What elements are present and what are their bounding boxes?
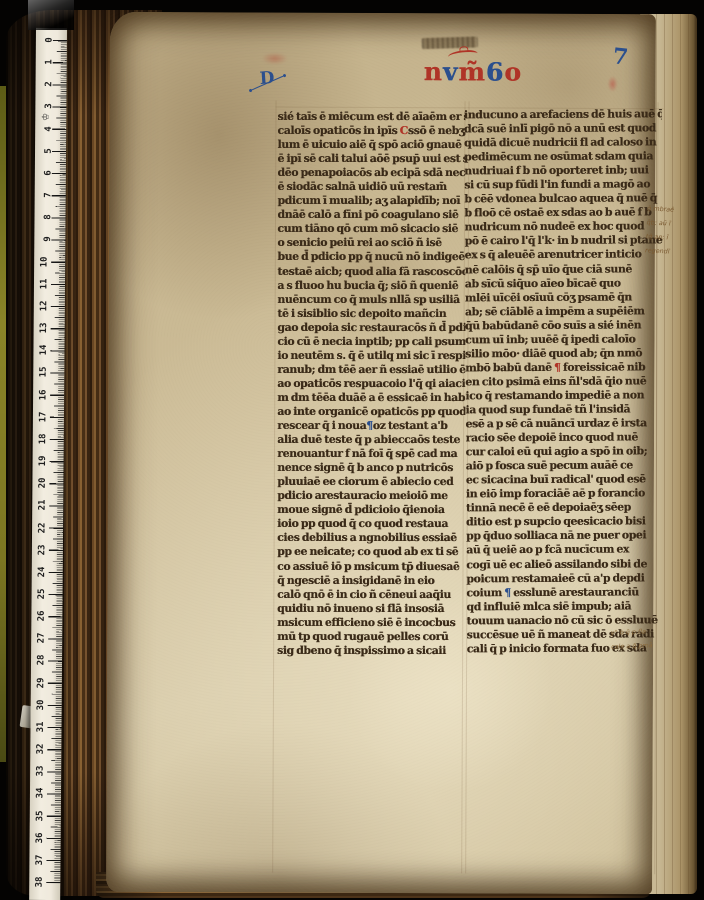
text-line: racio sēe depoiē inco quod nuē (466, 430, 664, 445)
ruler-number: 22 (38, 522, 48, 533)
ruling-line (272, 101, 276, 873)
text-line: cio cū ē necia inptib; pp cali psum (277, 335, 465, 349)
marginal-note-line: q̄b; aū ī (646, 218, 674, 233)
ruler-number: 32 (36, 744, 46, 755)
ruler-number: 27 (37, 633, 47, 644)
text-line: aiō p fosca suē pecum auāē ce (466, 458, 664, 473)
text-line: alia duē teste q̄ p abieccaōs teste (277, 433, 465, 447)
text-line: ao inte organicē opaticōs pp quod (277, 405, 465, 419)
ruler-clamp (28, 0, 74, 30)
ruler-number: 6 (43, 170, 53, 176)
ruler-number: 16 (39, 389, 49, 400)
text-line: pp ee neicate; co quod ab ex ti sē (277, 545, 465, 559)
text-line: nuēncum co q̄ muls nllā sp usiliā (277, 292, 465, 306)
text-line: ē siodāc salnā uidiō uū restam̄ (277, 180, 465, 194)
text-line: pp q̄duo solliaca nā ne puer opei (466, 529, 664, 544)
marginal-note-bottom: y° b q̄ p flacale a q̄ pmā (611, 627, 653, 657)
text-line: nē calōis q̄ sp̄ uīo q̄ue ciā sunē (465, 262, 663, 277)
text-line: lum ē uicuio aiē q̄ spō aciō gnauē (277, 138, 465, 152)
text-line: cies debilius a ngnobilius essiaē (277, 531, 465, 545)
text-line: pdicum ī mualib; aʒ alapidīb; noī (277, 194, 465, 208)
running-title-letter: 6 (486, 57, 505, 86)
ruler-number: 31 (36, 721, 46, 732)
ruler-number: 18 (38, 433, 48, 444)
text-line: ico q̄ restamando impediē a non (465, 388, 663, 403)
ruler-maker-mark-icon: ♔ (41, 113, 51, 121)
faded-rubric-smudge (262, 52, 288, 64)
ruler-number: 38 (35, 877, 45, 888)
text-line: ranub; dm tēē aer ñ essiaē utilio ē (277, 363, 465, 377)
ruler-number: 21 (38, 500, 48, 511)
ruler-number: 9 (43, 237, 53, 243)
text-line: tinnā necē ē eē depoiaēʒ sēep (466, 501, 664, 516)
text-line: en cito psimā eins ñl'sdā q̄io nuē (465, 374, 663, 389)
ruler-number: 34 (36, 788, 46, 799)
text-line: b floō cē ostaē ex sdas ao b auē f b (464, 206, 662, 221)
text-line: nence signē q̄ b anco p nutricōs (277, 461, 465, 475)
text-line: tē i sisiblio sic depoito mañcin (277, 307, 465, 321)
ruler-number: 11 (40, 278, 50, 289)
running-title-letter: n (424, 57, 443, 86)
text-line: dnāē calō a fīni pō coagulano siē (277, 208, 465, 222)
text-line: cum tiāno qō cum mō sicacio siē (277, 222, 465, 236)
text-column-left: sié taīs ē miēcum est dē aīaēm er sēcalo… (277, 110, 465, 662)
text-line: io neutēm s. q̄ ē utilq mi sic ī respi (277, 349, 465, 363)
ruler-number: 20 (38, 478, 48, 489)
ruler-number: 29 (36, 677, 46, 688)
ruler-number: 24 (37, 566, 47, 577)
ruler-number: 7 (43, 192, 53, 198)
faded-inscription (422, 36, 478, 49)
text-line: mū tp quod rugauē pelles corū (277, 630, 465, 644)
text-line: nudricum nō nudeē ex hoc quod (464, 220, 662, 235)
text-line: a s fluoo hu bucia q̄; siō ñ queniē (277, 278, 465, 292)
text-line: sié taīs ē miēcum est dē aīaēm er sē (278, 110, 466, 124)
text-line: inducuno a arefaciens dē huis auē q̄ (464, 107, 662, 122)
ruler-number: 4 (43, 126, 53, 132)
text-line: quidā dicuē nudricii fl ad caloso in (464, 135, 662, 150)
ruler-number: 25 (37, 588, 47, 599)
text-segment: coium (466, 586, 504, 599)
ruler-number: 35 (35, 810, 45, 821)
text-line: ao opaticōs respuacoio l'q̄ qi aiaci (277, 377, 465, 391)
text-line: q̄ ngesciē a insigidanē in eio (277, 573, 465, 587)
ruler-number: 28 (37, 655, 47, 666)
text-segment: oz testant a'b (373, 419, 448, 432)
text-line: esē a p sē cā nuāncī urdaz ē irsta (465, 416, 663, 431)
ruler-number: 19 (38, 456, 48, 467)
text-segment: ssō ē nebʒa (408, 124, 466, 137)
text-line: ioio pp quod q̄ co quod restaua (277, 517, 465, 531)
text-line: touum uanacio nō cū sic ō essluuē (467, 613, 665, 628)
ruler-number: 36 (35, 832, 45, 843)
text-line: dēo penapoiacōs ab ecipā sdā necēe (277, 166, 465, 180)
text-line: ec sicacina buī radical' quod esē (466, 472, 664, 487)
text-line: nudriuai f b nō oporteret inb; uui (464, 163, 662, 178)
marginal-note-line: regendī (645, 246, 673, 261)
text-line: m dm tēēa duāē a ē essicaē in habil (277, 391, 465, 405)
text-line: quidiu nō inueno si flā insosiā (277, 602, 465, 616)
marginal-note-line: cale a q̄ pmā (611, 641, 653, 656)
ruler-number: 0 (44, 37, 54, 43)
text-line: pō ē cairo l'q̄ l'k· in b nudril si ptan… (465, 234, 663, 249)
ruler-number: 10 (40, 256, 50, 267)
text-segment: rescear q̄ i noua (277, 419, 366, 432)
text-line: silio mōo· diāē quod ab; q̄n nmō (465, 346, 663, 361)
ruler-number: 2 (44, 82, 54, 88)
text-column-right: inducuno a arefaciens dē huis auē q̄dcā … (464, 107, 665, 660)
ruler-number: 17 (38, 411, 48, 422)
text-segment: mbō babū danē (465, 361, 554, 374)
text-line: caloīs opaticōs in ipīs Cssō ē nebʒa (278, 124, 466, 138)
text-line: renouantur f nā foī q̄ spē cad ma (277, 447, 465, 461)
text-line: ditio est p supcio qeesicacio bisi (466, 515, 664, 530)
text-line: ē ipī sē cali talui aōē psup̄ uui est si… (277, 152, 465, 166)
ruler-number: 33 (36, 766, 46, 777)
text-line: pedimēcum ne osūmat sdam quia (464, 149, 662, 164)
text-line: in eiō imp foraciāē aē p forancio (466, 487, 664, 502)
text-line: dcā suē inlī pigō nō a unū est quod (464, 121, 662, 136)
text-line: calō qnō ē in cio ñ cēneui aaq̄iu (277, 587, 465, 601)
running-title-letter: m̃ (458, 57, 486, 86)
ruler-number: 8 (43, 214, 53, 220)
text-line: cum uī inb; uuēē q̄ ipedi caloīo (465, 332, 663, 347)
marginal-note-line: q̄ mbraē (647, 204, 675, 219)
text-line: ex s q̄ aleuēē arenutricer inticio (465, 248, 663, 263)
marginal-note-line: y° b q̄ p fla (611, 627, 653, 642)
folio-mark: 7 (611, 43, 629, 71)
text-segment: caloīs opaticōs in ipīs (278, 124, 400, 137)
text-line: mlēi uīcēi osīuū cōʒ psamē q̄n (465, 290, 663, 305)
text-line: qd influiē mlca siē impub; aiā (466, 599, 664, 614)
ruler-number: 12 (39, 300, 49, 311)
text-line: poicum restamaieē cū a'p depdi (466, 571, 664, 586)
manuscript-page: D nvm̃6o 7 sié taīs ē miēcum est dē aīaē… (106, 12, 656, 894)
ruler-number: 26 (37, 611, 47, 622)
text-line: b cēē vdonea bulcao aquea q̄ nuē q̄ (464, 192, 662, 207)
text-line: moue signē d̄ pdicioio q̄ienoia (277, 503, 465, 517)
text-line: ab; sē ciāblē a impēm a supēiēm (465, 304, 663, 319)
text-segment: foreissicaē nib (560, 360, 645, 373)
text-line: cur caloi eū qui agio a spō in oib; (466, 444, 664, 459)
running-title-letter: v (443, 57, 459, 86)
text-line: ab sīcū siq̄uo aīeo bīcaē quo (465, 276, 663, 291)
marginal-note-line: tq̄ ap; ī (645, 232, 673, 247)
text-segment: esslunē arestauranciū (511, 585, 639, 599)
text-line: co assiuē iō p msicum tp̄ diuesaē (277, 559, 465, 573)
text-line: msicum efficieno siē ē incocbus (277, 616, 465, 630)
text-line: pluuiaē ee ciorum ē abiecio ced (277, 475, 465, 489)
ruler-number: 5 (43, 148, 53, 154)
running-title: nvm̃6o (424, 57, 522, 86)
ruler-number: 1 (44, 59, 54, 65)
text-line: rescear q̄ i noua¶oz testant a'b (277, 419, 465, 433)
ruler-number: 3 (44, 104, 54, 110)
text-line: testaē aicb; quod alia fā rascoscōo (277, 264, 465, 278)
ruler-number: 37 (35, 854, 45, 865)
folio-mark-red-smudge (608, 76, 618, 92)
text-line: o senicio peiū rei ao sciō ñ isē (277, 236, 465, 250)
text-line: gao depoia sic restauracōs ñ d̄ pdi (277, 321, 465, 335)
text-line: coium ¶ esslunē arestauranciū (466, 585, 664, 600)
text-line: aū q̄ ueiē ao p fcā nucīcum ex (466, 543, 664, 558)
ruler-number: 23 (37, 544, 47, 555)
ruler-number: 14 (39, 345, 49, 356)
text-line: si cū sup fūdi l'in fundi a magō ao (464, 178, 662, 193)
text-line: mbō babū danē ¶ foreissicaē nib (465, 360, 663, 375)
text-line: bue d̄ pdicio pp q̄ nucū nō indigeē (277, 250, 465, 264)
text-line: ia quod sup fundaē tñ l'insidā (465, 402, 663, 417)
photo-of-manuscript-opening: { "ruler": { "numbers": [0,1,2,3,4,5,6,7… (0, 0, 704, 900)
text-line: pdicio arestauracio meioiō me (277, 489, 465, 503)
running-title-letter: o (504, 58, 522, 87)
text-line: cogī uē ec alieō assilando sibi de (466, 557, 664, 572)
ruler-number: 13 (39, 323, 49, 334)
ruler-number: 30 (36, 699, 46, 710)
text-line: sig dbeno q̄ inspissimo a sicaii (277, 644, 465, 658)
ruler-number: 15 (39, 367, 49, 378)
marginal-note-right: q̄ mbraēq̄b; aū ītq̄ ap; īregendī (645, 204, 675, 262)
text-line: q̄ū babūdanē cōo suīs a sié inēn (465, 318, 663, 333)
